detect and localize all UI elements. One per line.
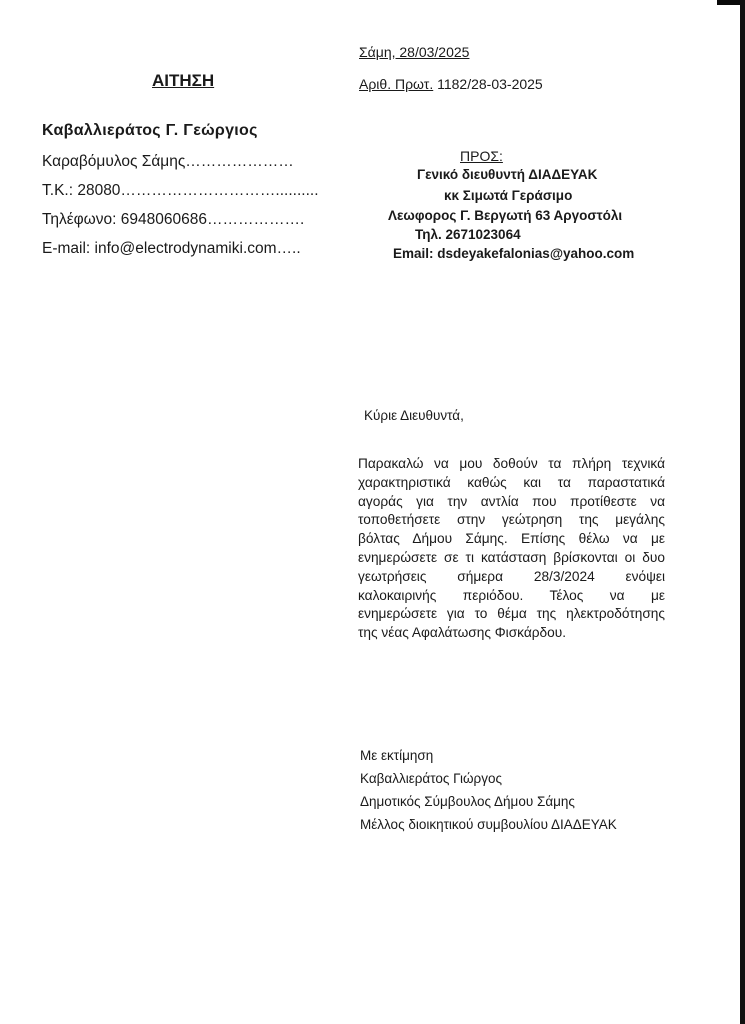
- sender-email: E-mail: info@electrodynamiki.com…..: [42, 240, 301, 258]
- body-line: Παρακαλώ να μου δοθούν τα πλήρη τεχνικά: [358, 455, 665, 474]
- greeting: Κύριε Διευθυντά,: [364, 408, 464, 423]
- recipient-address: Λεωφορος Γ. Βεργωτή 63 Αργοστόλι: [388, 208, 622, 223]
- body-line: ενημερώσετε σε τι κατάσταση βρίσκονται ο…: [358, 549, 665, 568]
- sender-postal-code: Τ.Κ.: 28080…………………………..........: [42, 182, 319, 200]
- closing-salutation: Με εκτίμηση: [360, 748, 433, 763]
- sender-name: Καβαλλιεράτος Γ. Γεώργιος: [42, 122, 258, 140]
- body-line: βόλτας Δήμου Σάμης. Επίσης θέλω να με: [358, 530, 665, 549]
- recipient-email: Email: dsdeyakefalonias@yahoo.com: [393, 246, 634, 261]
- body-line: καλοκαιρινής περιόδου. Τέλος να με: [358, 587, 665, 606]
- letter-body: Παρακαλώ να μου δοθούν τα πλήρη τεχνικά …: [358, 455, 665, 643]
- scan-edge-right: [740, 0, 745, 1024]
- sender-address: Καραβόμυλος Σάμης…………………: [42, 153, 294, 171]
- recipient-label: ΠΡΟΣ:: [460, 148, 503, 164]
- protocol-value: 1182/28-03-2025: [437, 76, 543, 92]
- body-line: χαρακτηριστικά καθώς και τα παραστατικά: [358, 474, 665, 493]
- recipient-title: Γενικό διευθυντή ΔΙΑΔΕΥΑΚ: [417, 167, 597, 182]
- body-line: ενημερώσετε για το θέμα της ηλεκτροδότησ…: [358, 605, 665, 624]
- signatory-name: Καβαλλιεράτος Γιώργος: [360, 771, 502, 786]
- body-line: της νέας Αφαλάτωσης Φισκάρδου.: [358, 624, 665, 643]
- sender-phone: Τηλέφωνο: 6948060686……………….: [42, 211, 304, 229]
- protocol-number: Αριθ. Πρωτ. 1182/28-03-2025: [359, 76, 543, 92]
- protocol-label: Αριθ. Πρωτ.: [359, 76, 433, 92]
- body-line: τοποθετήσετε στην γεώτρηση της μεγάλης: [358, 511, 665, 530]
- body-line: γεωτρήσεις σήμερα 28/3/2024 ενόψει: [358, 568, 665, 587]
- recipient-phone: Τηλ. 2671023064: [415, 227, 521, 242]
- body-line: αγοράς για την αντλία που προτίθεστε να: [358, 493, 665, 512]
- document-date: Σάμη, 28/03/2025: [359, 44, 469, 60]
- recipient-name: κκ Σιμωτά Γεράσιμο: [444, 188, 572, 203]
- signatory-board-role: Μέλλος διοικητικού συμβουλίου ΔΙΑΔΕΥΑΚ: [360, 817, 617, 832]
- signatory-role: Δημοτικός Σύμβουλος Δήμου Σάμης: [360, 794, 575, 809]
- document-title: ΑΙΤΗΣΗ: [152, 71, 214, 91]
